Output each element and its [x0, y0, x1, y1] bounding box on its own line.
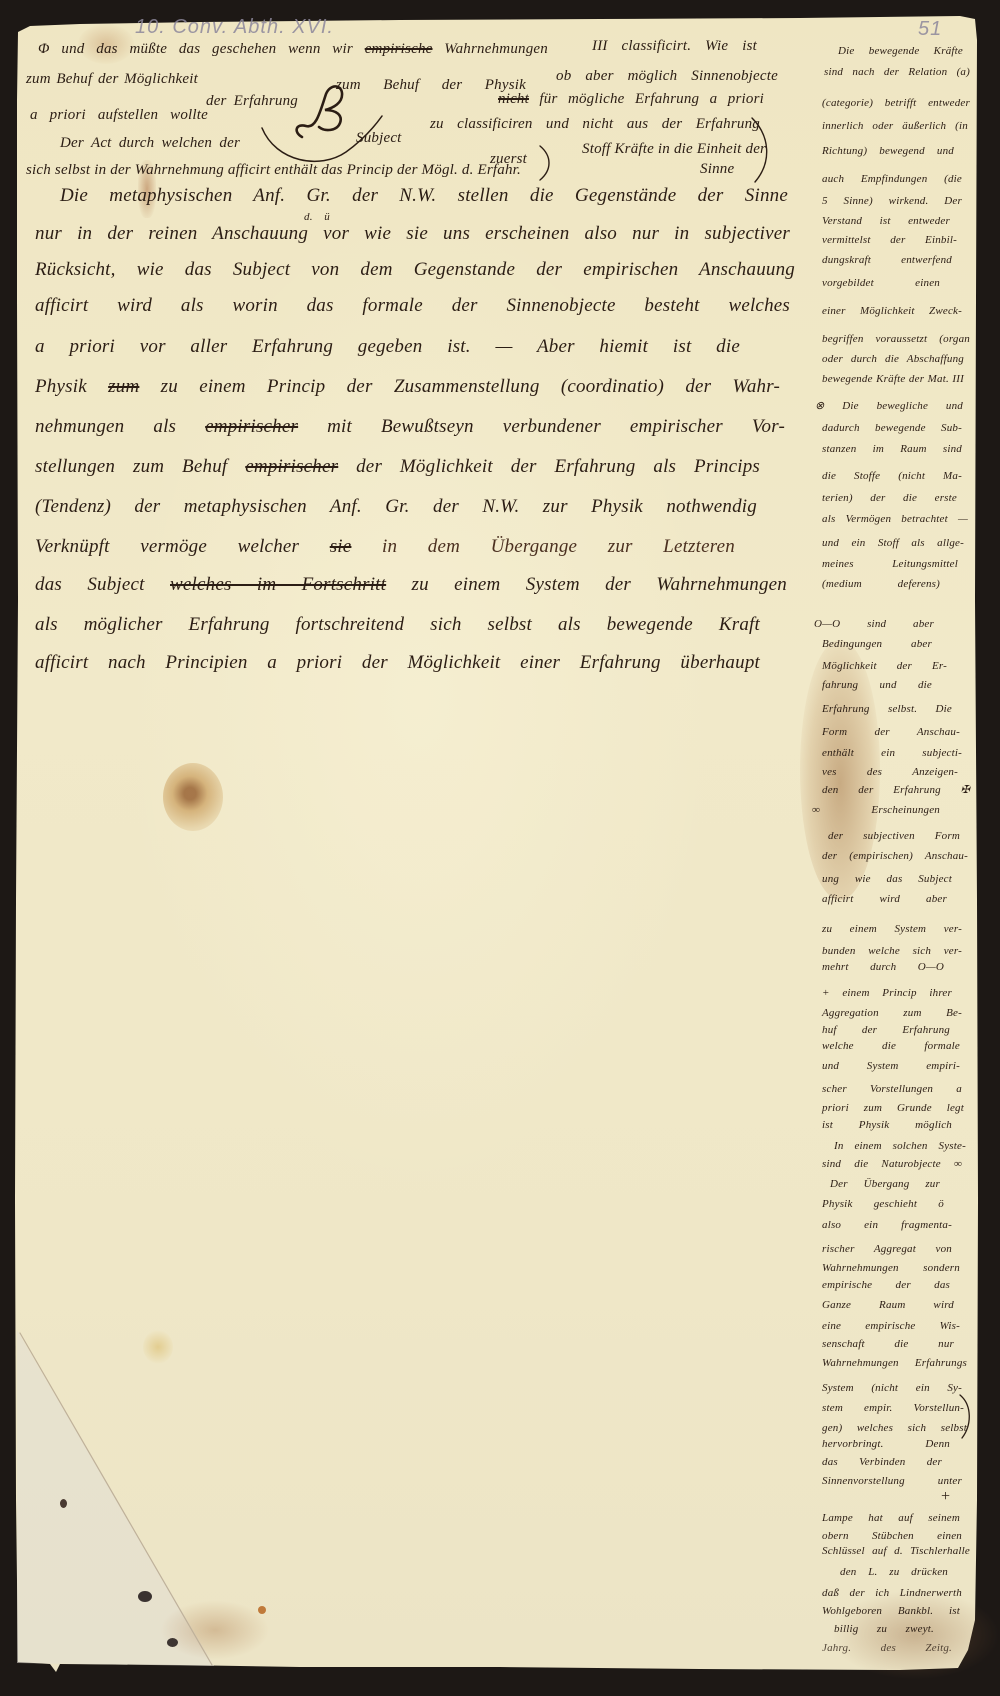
margin-line: ⊗ Die bewegliche und: [815, 400, 963, 413]
main-line: a priori vor aller Erfahrung gegeben ist…: [35, 336, 740, 358]
header-line-4: Der Act durch welchen der: [60, 134, 240, 152]
margin-line: der subjectiven Form: [828, 830, 960, 843]
margin-line: Richtung) bewegend und: [822, 145, 954, 158]
margin-line: Form der Anschau-: [822, 726, 960, 739]
margin-line: Sinnenvorstellung unter: [822, 1475, 962, 1488]
main-line: afficirt nach Principien a priori der Mö…: [35, 652, 760, 674]
margin-line: empirische der das: [822, 1279, 950, 1292]
header-line-2b: der Erfahrung: [206, 92, 298, 110]
main-line: stellungen zum Behuf empirischer der Mög…: [35, 456, 760, 478]
margin-line: fahrung und die: [822, 679, 932, 692]
margin-line: O—O sind aber: [814, 618, 934, 631]
margin-line: Schlüssel auf d. Tischlerhalle: [822, 1545, 970, 1558]
margin-line: und ein Stoff als allge-: [822, 537, 964, 550]
margin-line: Wohlgeboren Bankbl. ist: [822, 1605, 960, 1618]
margin-line: dadurch bewegende Sub-: [822, 422, 962, 435]
margin-line: terien) der die erste: [822, 492, 957, 505]
main-line: nur in der reinen Anschauung vor wie sie…: [35, 223, 790, 245]
struck-word: zum: [108, 376, 139, 397]
margin-line: scher Vorstellungen a: [822, 1083, 962, 1096]
margin-line: Lampe hat auf seinem: [822, 1512, 960, 1525]
margin-line: ung wie das Subject: [822, 873, 952, 886]
header-right-1: III classificirt. Wie ist: [592, 37, 757, 55]
archive-mark: 10. Conv. Abth. XVI.: [135, 16, 334, 39]
margin-line: gen) welches sich selbst: [822, 1422, 967, 1435]
margin-line: (categorie) betrifft entweder: [822, 97, 970, 110]
header-line-5: sich selbst in der Wahrnehmung afficirt …: [26, 161, 484, 179]
struck-word: empirischer: [245, 456, 338, 477]
margin-line: vorgebildet einen: [822, 277, 940, 290]
margin-line: huf der Erfahrung: [822, 1024, 950, 1037]
margin-line: meines Leitungsmittel: [822, 558, 958, 571]
margin-line: stem empir. Vorstellun-: [822, 1402, 964, 1415]
margin-line: als Vermögen betrachtet —: [822, 513, 968, 526]
main-line: Verknüpft vermöge welcher sie in dem Übe…: [35, 536, 735, 558]
main-line: afficirt wird als worin das formale der …: [35, 295, 790, 317]
margin-line: priori zum Grunde legt: [822, 1102, 964, 1115]
margin-line: obern Stübchen einen: [822, 1530, 962, 1543]
margin-line: das Verbinden der: [822, 1456, 942, 1469]
margin-line: ist Physik möglich: [822, 1119, 952, 1132]
header-line-2a: zum Behuf der Möglichkeit: [26, 70, 198, 88]
margin-line: daß der ich Lindnerwerth: [822, 1587, 962, 1600]
margin-line: welche die formale: [822, 1040, 960, 1053]
margin-line: + einem Princip ihrer: [822, 987, 952, 1000]
main-line: Die metaphysischen Anf. Gr. der N.W. ste…: [60, 185, 788, 207]
margin-line: eine empirische Wis-: [822, 1320, 960, 1333]
margin-line: und System empiri-: [822, 1060, 960, 1073]
margin-line: billig zu zweyt.: [834, 1623, 934, 1636]
struck-word: sie: [330, 536, 352, 557]
margin-line: auch Empfindungen (die: [822, 173, 962, 186]
margin-line: Bedingungen aber: [822, 638, 932, 651]
margin-line: stanzen im Raum sind: [822, 443, 962, 456]
margin-line: 5 Sinne) wirkend. Der: [822, 195, 962, 208]
header-right-5c: Sinne: [700, 160, 740, 178]
header-right-4b: zu classificiren und nicht aus der Erfah…: [430, 115, 760, 133]
margin-line: Die bewegende Kräfte: [838, 45, 963, 58]
margin-line: Wahrnehmungen sondern: [822, 1262, 960, 1275]
main-line: Rücksicht, wie das Subject von dem Gegen…: [35, 259, 795, 281]
margin-line: die Stoffe (nicht Ma-: [822, 470, 962, 483]
main-line: das Subject welches im Fortschritt zu ei…: [35, 574, 787, 596]
margin-line: Aggregation zum Be-: [822, 1007, 962, 1020]
margin-line: Möglichkeit der Er-: [822, 660, 947, 673]
header-right-2: ob aber möglich Sinnenobjecte: [556, 67, 778, 85]
main-line: (Tendenz) der metaphysischen Anf. Gr. de…: [35, 496, 757, 518]
margin-line: Erfahrung selbst. Die: [822, 703, 952, 716]
margin-cross-mark: +: [940, 1490, 954, 1503]
margin-line: den der Erfahrung ✠: [822, 784, 970, 797]
margin-line: Physik geschieht ö: [822, 1198, 944, 1211]
margin-line: einer Möglichkeit Zweck-: [822, 305, 962, 318]
header-right-5a: zuerst: [490, 150, 538, 168]
margin-line: begriffen voraussetzt (organ: [822, 333, 970, 346]
margin-line: der (empirischen) Anschau-: [822, 850, 968, 863]
folio-number: 51: [918, 18, 942, 41]
margin-line: ∞ Erscheinungen: [812, 804, 940, 817]
margin-line: (medium deferens): [822, 578, 940, 591]
margin-line: enthält ein subjecti-: [822, 747, 962, 760]
margin-line: vermittelst der Einbil-: [822, 234, 957, 247]
header-right-4a: Subject: [356, 129, 418, 147]
margin-line: Verstand ist entweder: [822, 215, 950, 228]
margin-line: mehrt durch O—O: [822, 961, 944, 974]
margin-line: den L. zu drücken: [840, 1566, 948, 1579]
margin-line: ves des Anzeigen-: [822, 766, 958, 779]
margin-line: sind nach der Relation (a): [824, 66, 970, 79]
margin-line: also ein fragmenta-: [822, 1219, 952, 1232]
margin-line: System (nicht ein Sy-: [822, 1382, 962, 1395]
margin-line: Der Übergang zur: [830, 1178, 940, 1191]
header-right-5b: Stoff Kräfte in die Einheit der: [582, 140, 760, 158]
margin-line: oder durch die Abschaffung: [822, 353, 964, 366]
margin-line: bewegende Kräfte der Mat. III: [822, 373, 964, 386]
main-line: nehmungen als empirischer mit Bewußtseyn…: [35, 416, 785, 438]
margin-line: Ganze Raum wird: [822, 1299, 954, 1312]
struck-word: empirische: [365, 41, 433, 57]
header-line-1: Φ und das müßte das geschehen wenn wir e…: [38, 40, 548, 58]
margin-line: zu einem System ver-: [822, 923, 962, 936]
margin-line: Wahrnehmungen Erfahrungs: [822, 1357, 967, 1370]
struck-word: nicht: [498, 91, 529, 107]
margin-line: Jahrg. des Zeitg.: [822, 1642, 952, 1655]
margin-line: bunden welche sich ver-: [822, 945, 962, 958]
struck-word: empirischer: [205, 416, 298, 437]
margin-line: innerlich oder äußerlich (in: [822, 120, 968, 133]
struck-word: welches im Fortschritt: [170, 574, 386, 595]
header-right-3: nicht für mögliche Erfahrung a priori: [498, 90, 764, 108]
margin-line: dungskraft entwerfend: [822, 254, 952, 267]
margin-line: sind die Naturobjecte ∞: [822, 1158, 962, 1171]
margin-line: afficirt wird aber: [822, 893, 947, 906]
margin-line: In einem solchen Syste-: [834, 1140, 966, 1153]
margin-line: senschaft die nur: [822, 1338, 954, 1351]
main-line: Physik zum zu einem Princip der Zusammen…: [35, 376, 780, 398]
margin-line: hervorbringt. Denn: [822, 1438, 950, 1451]
header-line-3: a priori aufstellen wollte: [30, 106, 208, 124]
main-line: als möglicher Erfahrung fortschreitend s…: [35, 614, 760, 636]
margin-line: rischer Aggregat von: [822, 1243, 952, 1256]
